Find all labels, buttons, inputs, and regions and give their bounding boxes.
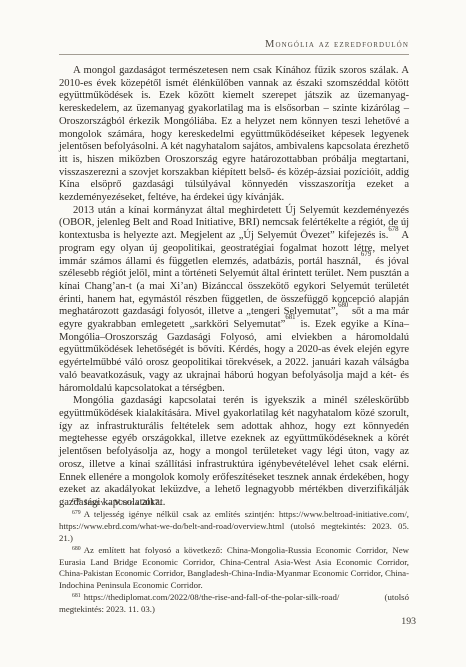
- footnote: 678Jeney – Varga 2017.: [59, 497, 409, 509]
- footnote-ref: 679: [361, 251, 371, 258]
- body-paragraph: 2013 után a kínai kormányzat által meghi…: [59, 205, 409, 396]
- footnote-marker: 680: [72, 546, 81, 552]
- footnote: 680Az említett hat folyosó a következő: …: [59, 545, 409, 593]
- running-header-title: Mongólia az ezredfordulón: [265, 39, 409, 50]
- smallcaps-name: Varga: [114, 497, 139, 507]
- footnote-ref: 678: [388, 226, 398, 233]
- footnote-ref: 681: [285, 314, 295, 321]
- footnotes-block: 678Jeney – Varga 2017.679A teljesség igé…: [59, 497, 409, 616]
- body-text: A mongol gazdaságot természetesen nem cs…: [59, 65, 409, 510]
- body-paragraph: A mongol gazdaságot természetesen nem cs…: [59, 65, 409, 205]
- footnote-marker: 678: [72, 498, 81, 504]
- footnote-ref: 680: [338, 302, 348, 309]
- footnote-marker: 681: [72, 593, 81, 599]
- page-content: Mongólia az ezredfordulón A mongol gazda…: [59, 39, 409, 510]
- page-number: 193: [401, 616, 416, 627]
- book-page: Mongólia az ezredfordulón A mongol gazda…: [0, 0, 466, 667]
- smallcaps-name: Jeney: [84, 497, 105, 507]
- footnote: 679A teljesség igénye nélkül csak az eml…: [59, 509, 409, 545]
- footnote: 681https://thediplomat.com/2022/08/the-r…: [59, 592, 409, 616]
- running-header: Mongólia az ezredfordulón: [59, 39, 409, 55]
- body-paragraph: Mongólia gazdasági kapcsolatai terén is …: [59, 395, 409, 509]
- footnote-marker: 679: [72, 510, 81, 516]
